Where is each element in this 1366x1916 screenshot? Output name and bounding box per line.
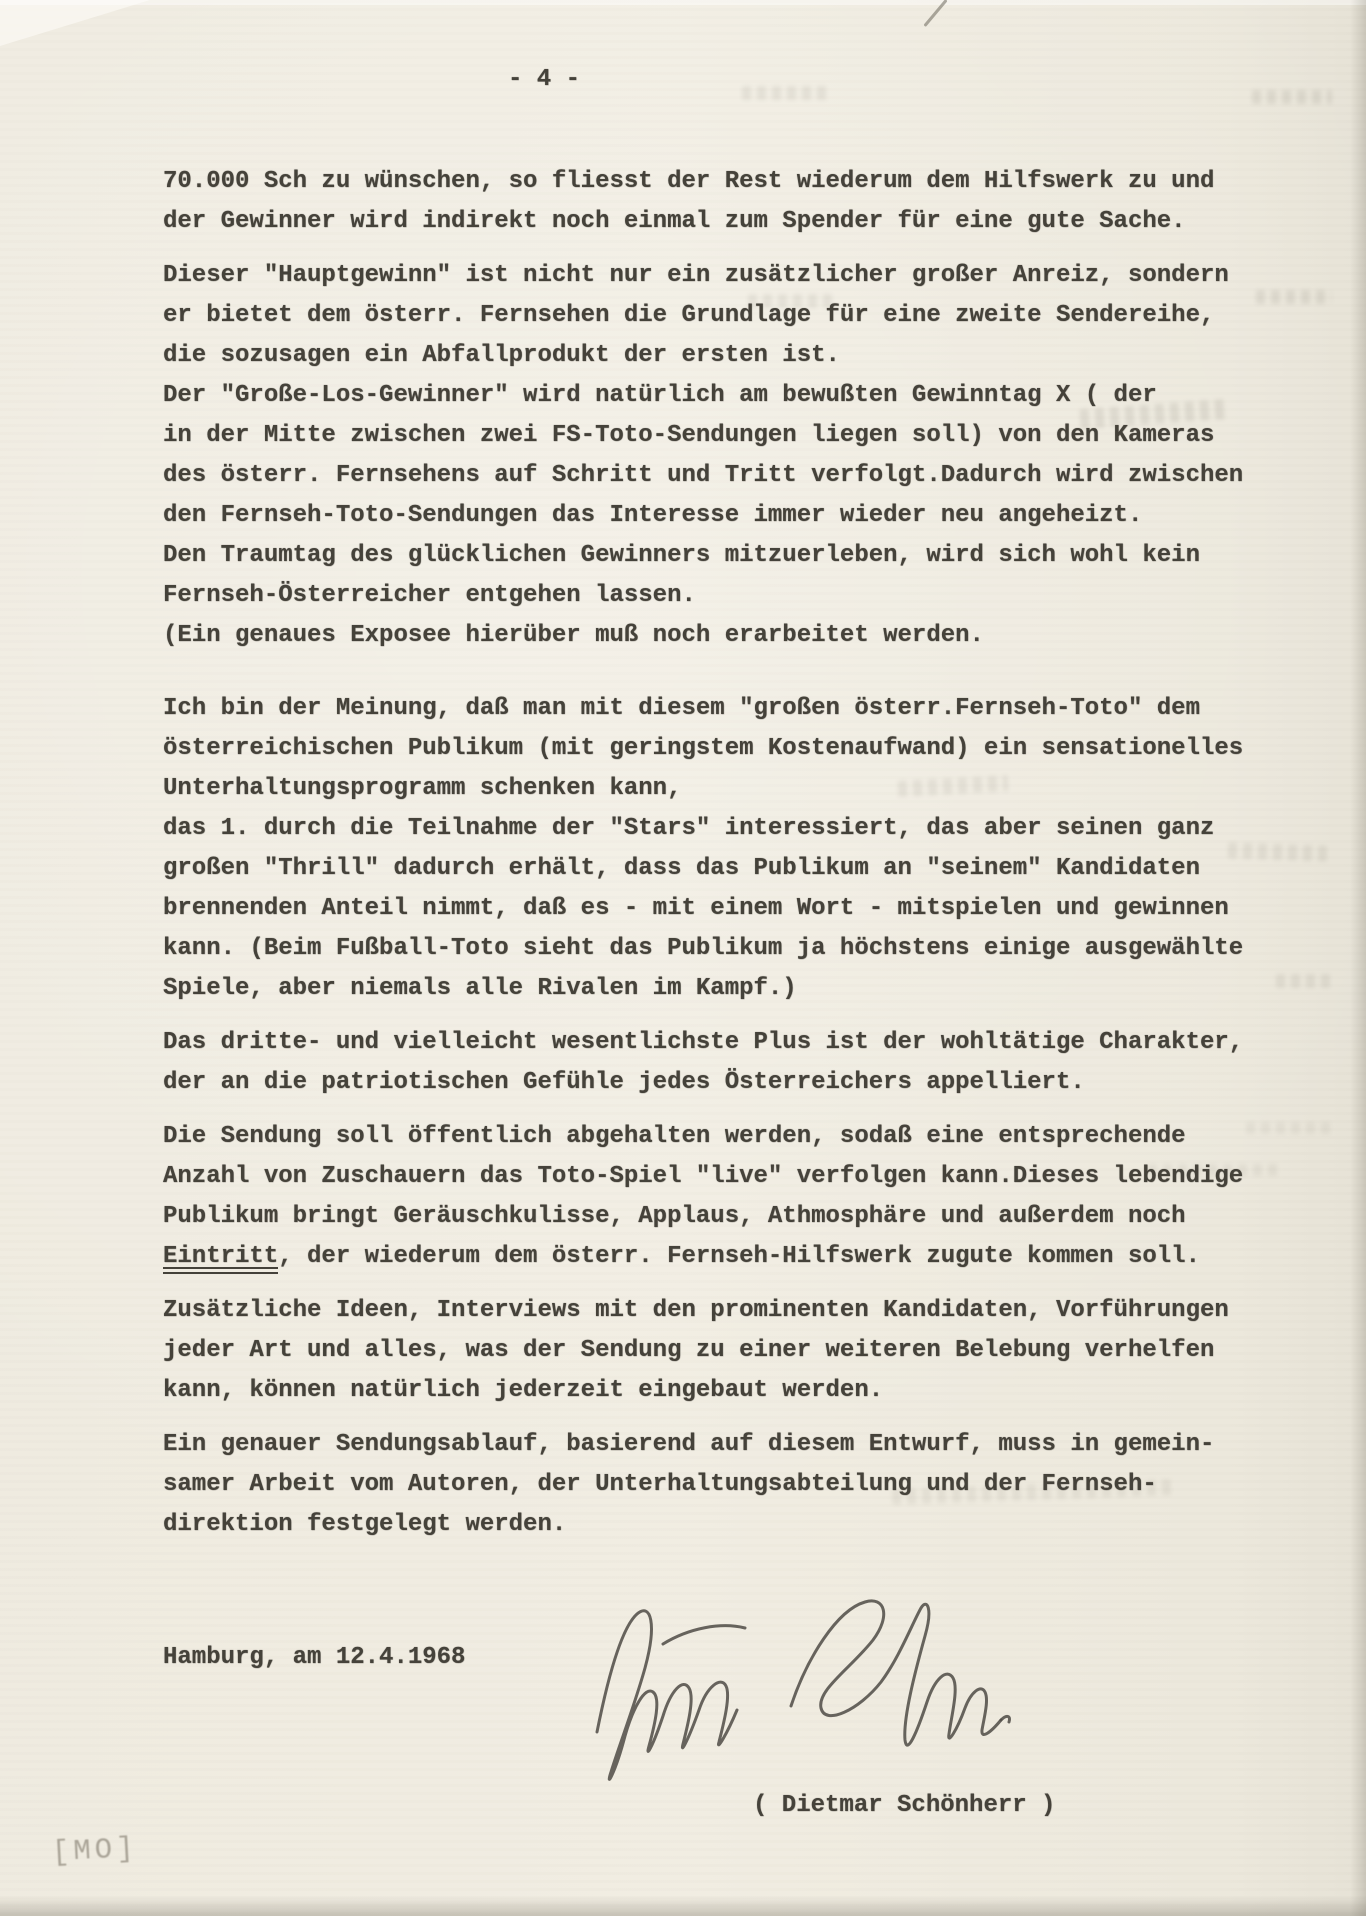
text-line: Der "Große-Los-Gewinner" wird natürlich … [163,376,1323,416]
text-line: Spiele, aber niemals alle Rivalen im Kam… [163,969,1323,1009]
text-line: der an die patriotischen Gefühle jedes Ö… [163,1063,1323,1103]
text-line: brennenden Anteil nimmt, daß es - mit ei… [163,889,1323,929]
text-line: den Fernseh-Toto-Sendungen das Interesse… [163,496,1323,536]
scan-corner-artifact [0,0,150,46]
text-line: Unterhaltungsprogramm schenken kann, [163,769,1323,809]
underlined-text: Eintritt [163,1243,278,1274]
text-line: Die Sendung soll öffentlich abgehalten w… [163,1117,1323,1157]
text-line: 70.000 Sch zu wünschen, so fliesst der R… [163,162,1323,202]
paragraph: Dieser "Hauptgewinn" ist nicht nur ein z… [163,256,1323,656]
text-line: der Gewinner wird indirekt noch einmal z… [163,202,1323,242]
text-line: großen "Thrill" dadurch erhält, dass das… [163,849,1323,889]
text-line: österreichischen Publikum (mit geringste… [163,729,1323,769]
text-line: er bietet dem österr. Fernsehen die Grun… [163,296,1323,336]
document-body: 70.000 Sch zu wünschen, so fliesst der R… [163,162,1323,1559]
text-line: (Ein genaues Exposee hierüber muß noch e… [163,616,1323,656]
text-line: Eintritt, der wiederum dem österr. Ferns… [163,1237,1323,1277]
scan-right-edge-shadow [1350,0,1366,1916]
paragraph: Das dritte- und vielleicht wesentlichste… [163,1023,1323,1103]
text-line: Den Traumtag des glücklichen Gewinners m… [163,536,1323,576]
text-line: kann. (Beim Fußball-Toto sieht das Publi… [163,929,1323,969]
signature [565,1580,1015,1810]
text-line: direktion festgelegt werden. [163,1505,1323,1545]
text-line: des österr. Fernsehens auf Schritt und T… [163,456,1323,496]
text-line: Zusätzliche Ideen, Interviews mit den pr… [163,1291,1323,1331]
text-line: Anzahl von Zuschauern das Toto-Spiel "li… [163,1157,1323,1197]
paragraph: 70.000 Sch zu wünschen, so fliesst der R… [163,162,1323,242]
text-line: Das dritte- und vielleicht wesentlichste… [163,1023,1323,1063]
text-line: Publikum bringt Geräuschkulisse, Applaus… [163,1197,1323,1237]
text-line: Ich bin der Meinung, daß man mit diesem … [163,689,1323,729]
typed-signature-name: ( Dietmar Schönherr ) [753,1786,1055,1826]
text-line: samer Arbeit vom Autoren, der Unterhaltu… [163,1465,1323,1505]
bleed-through-artifact [1252,90,1332,104]
corner-pencil-mark: [MO] [51,1832,138,1869]
paragraph: Die Sendung soll öffentlich abgehalten w… [163,1117,1323,1277]
paragraph: Ein genauer Sendungsablauf, basierend au… [163,1425,1323,1545]
text-line: in der Mitte zwischen zwei FS-Toto-Sendu… [163,416,1323,456]
text-line: Ein genauer Sendungsablauf, basierend au… [163,1425,1323,1465]
paragraph: Ich bin der Meinung, daß man mit diesem … [163,689,1323,1009]
scan-top-edge [0,0,1366,5]
text-line: Fernseh-Österreicher entgehen lassen. [163,576,1323,616]
bleed-through-artifact [742,86,832,100]
scanned-page: - 4 - 70.000 Sch zu wünschen, so fliesst… [0,0,1366,1916]
text-line: Dieser "Hauptgewinn" ist nicht nur ein z… [163,256,1323,296]
text-line: kann, können natürlich jederzeit eingeba… [163,1371,1323,1411]
page-number: - 4 - [508,60,580,100]
scan-bottom-edge-shadow [0,1896,1366,1916]
text-line: das 1. durch die Teilnahme der "Stars" i… [163,809,1323,849]
dateline: Hamburg, am 12.4.1968 [163,1638,465,1678]
text-line: die sozusagen ein Abfallprodukt der erst… [163,336,1323,376]
text-line: jeder Art und alles, was der Sendung zu … [163,1331,1323,1371]
paragraph: Zusätzliche Ideen, Interviews mit den pr… [163,1291,1323,1411]
